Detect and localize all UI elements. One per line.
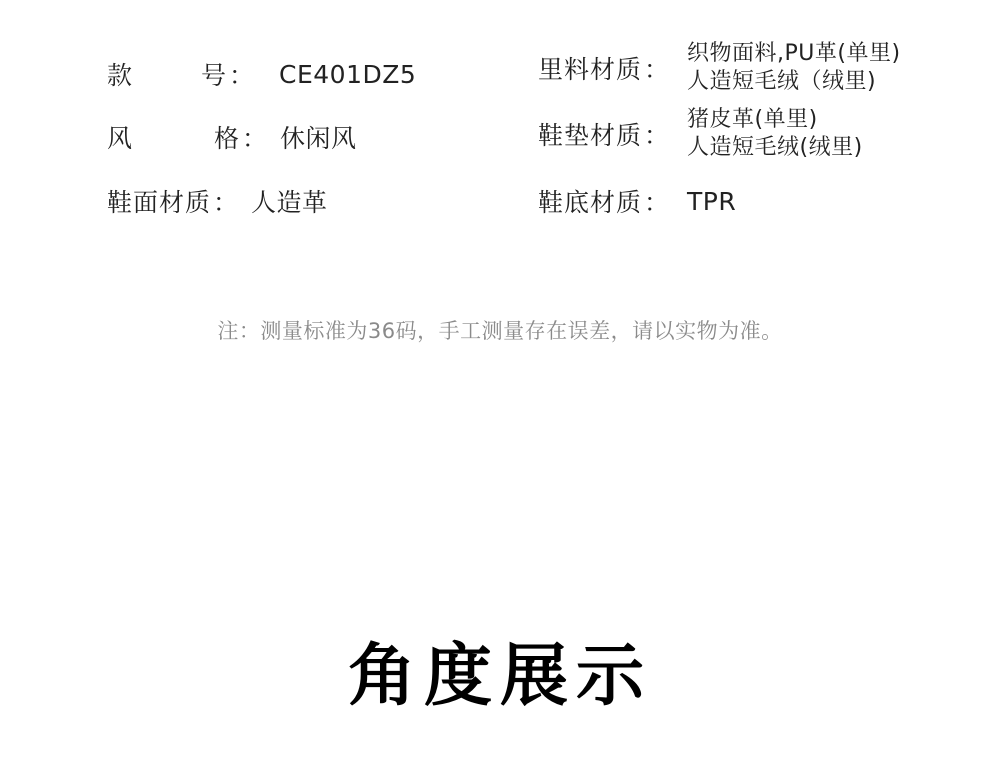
label-colon: ： bbox=[242, 124, 268, 153]
label-text: 鞋垫材质 bbox=[538, 121, 642, 150]
spec-value: 猪皮革(单里) 人造短毛绒(绒里) bbox=[687, 106, 863, 162]
label-colon: ： bbox=[229, 61, 255, 90]
section-title: 角度展示 bbox=[0, 622, 1000, 719]
spec-value: 织物面料,PU革(单里) 人造短毛绒（绒里) bbox=[687, 40, 901, 96]
spec-style-number: 款 号 ： CE401DZ5 bbox=[107, 56, 416, 92]
label-colon: ： bbox=[644, 121, 670, 150]
spec-sole-material: 鞋底材质： TPR bbox=[538, 183, 736, 219]
spec-lining-material: 里料材质： 织物面料,PU革(单里) 人造短毛绒（绒里) bbox=[538, 40, 901, 96]
spec-value: 人造革 bbox=[251, 183, 328, 219]
label-text: 里料材质 bbox=[538, 55, 642, 84]
label-colon: ： bbox=[644, 188, 670, 217]
spec-label: 鞋面材质： bbox=[107, 183, 239, 219]
spec-label: 鞋底材质： bbox=[538, 183, 670, 219]
spec-label: 款 号 ： bbox=[107, 56, 255, 92]
spec-upper-material: 鞋面材质： 人造革 bbox=[107, 183, 328, 219]
spec-label: 里料材质： bbox=[538, 50, 670, 86]
label-char: 格 bbox=[214, 119, 240, 155]
spec-insole-material: 鞋垫材质： 猪皮革(单里) 人造短毛绒(绒里) bbox=[538, 106, 863, 162]
label-text: 鞋面材质 bbox=[107, 188, 211, 217]
label-char: 号 bbox=[201, 56, 227, 92]
spec-value-line: 人造短毛绒（绒里) bbox=[687, 68, 901, 96]
spec-label: 风 格 ： bbox=[107, 119, 268, 155]
spec-value-line: 织物面料,PU革(单里) bbox=[687, 40, 901, 68]
label-char: 风 bbox=[107, 119, 133, 155]
spec-value: CE401DZ5 bbox=[279, 60, 416, 89]
spec-value-line: 猪皮革(单里) bbox=[687, 106, 863, 134]
label-text: 鞋底材质 bbox=[538, 188, 642, 217]
spec-value: 休闲风 bbox=[280, 119, 357, 155]
label-colon: ： bbox=[644, 55, 670, 84]
spec-value-line: 人造短毛绒(绒里) bbox=[687, 134, 863, 162]
label-colon: ： bbox=[213, 188, 239, 217]
spec-label: 鞋垫材质： bbox=[538, 116, 670, 152]
spec-value: TPR bbox=[687, 187, 736, 216]
label-char: 款 bbox=[107, 56, 133, 92]
measurement-note: 注：测量标准为36码，手工测量存在误差，请以实物为准。 bbox=[0, 315, 1000, 345]
spec-style: 风 格 ： 休闲风 bbox=[107, 119, 357, 155]
